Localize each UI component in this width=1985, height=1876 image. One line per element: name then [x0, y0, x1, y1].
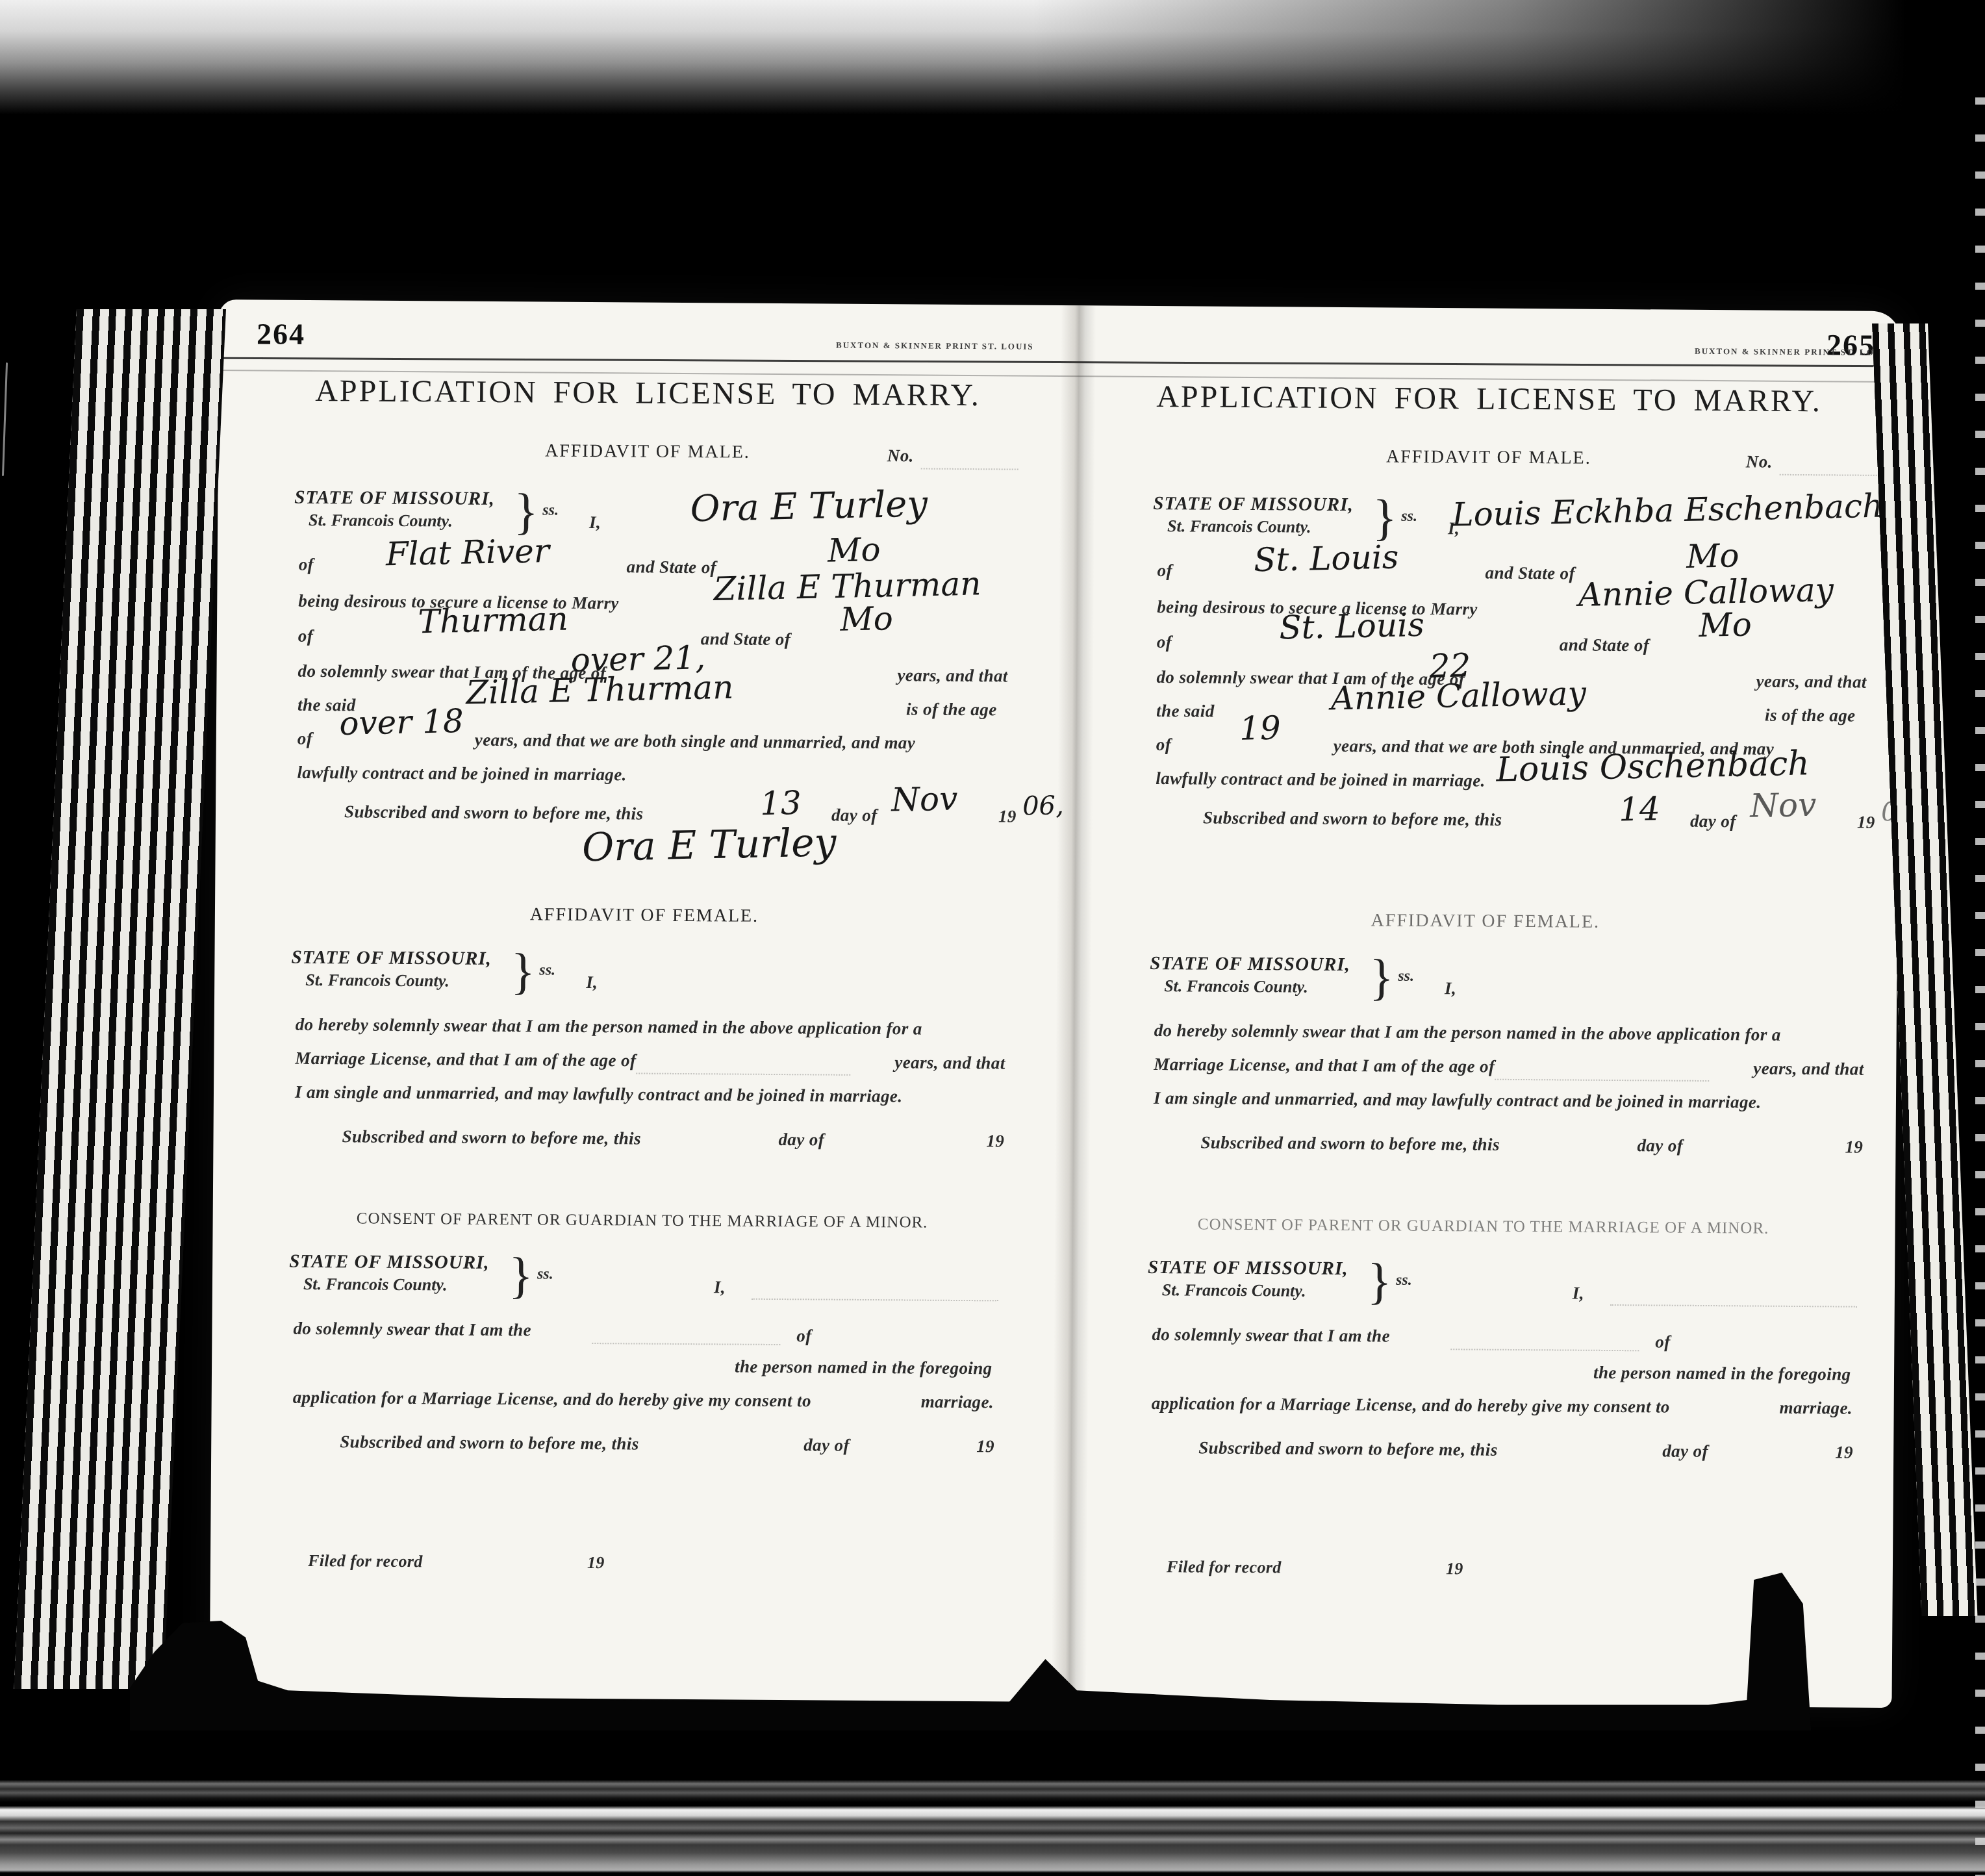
no-field-blank	[1780, 474, 1877, 476]
lawfully-contract-line: lawfully contract and be joined in marri…	[297, 763, 627, 785]
state-of-missouri-label: STATE OF MISSOURI,	[1150, 953, 1350, 976]
consent-oath-line: do solemnly swear that I am the	[1152, 1325, 1390, 1347]
handwritten-groom-residence: St. Louis	[1189, 537, 1463, 581]
consent-application-line: application for a Marriage License, and …	[293, 1388, 811, 1412]
day-of-label: day of	[803, 1435, 850, 1455]
handwritten-groom-residence: Flat River	[331, 531, 604, 574]
handwritten-bride-state: Mo	[1647, 605, 1804, 646]
film-scratch-mark	[2, 362, 8, 476]
state-county-block: STATE OF MISSOURI, St. Francois County. …	[1148, 1257, 1348, 1301]
microfilm-frame: 264 BUXTON & SKINNER PRINT ST. LOUIS APP…	[0, 0, 1985, 1876]
state-of-missouri-label: STATE OF MISSOURI,	[1148, 1257, 1348, 1280]
handwritten-sworn-day: 13	[760, 783, 826, 822]
day-of-label: day of	[1690, 811, 1736, 831]
brace-glyph: }	[511, 942, 535, 1000]
year-19-label: 19	[986, 1131, 1004, 1151]
ss-label: ss.	[537, 1265, 553, 1283]
i-label: I,	[589, 513, 601, 533]
marriage-label: marriage.	[1780, 1398, 1853, 1419]
consent-name-blank	[1610, 1304, 1857, 1308]
both-single-line: years, and that we are both single and u…	[475, 730, 916, 754]
affidavit-of-male-heading: AFFIDAVIT OF MALE.	[218, 438, 1077, 465]
film-glare-top	[0, 0, 1985, 116]
consent-relation-blank	[1450, 1349, 1639, 1351]
page-264: 264 BUXTON & SKINNER PRINT ST. LOUIS APP…	[210, 299, 1078, 1702]
no-label: No.	[887, 446, 914, 466]
form-title: APPLICATION FOR LICENSE TO MARRY.	[218, 372, 1077, 414]
state-of-missouri-label: STATE OF MISSOURI,	[291, 947, 492, 970]
female-age-blank	[1495, 1079, 1709, 1082]
ss-label: ss.	[1398, 968, 1414, 985]
handwritten-groom-name: Ora E Turley	[607, 481, 1011, 532]
film-edge-ticks	[1975, 97, 1985, 1876]
state-county-block: STATE OF MISSOURI, St. Francois County. …	[289, 1251, 490, 1295]
of-label: of	[297, 729, 313, 749]
of-label: of	[796, 1326, 812, 1346]
subscribed-sworn-line: Subscribed and sworn to before me, this	[1200, 1133, 1500, 1155]
female-single-line: I am single and unmarried, and may lawfu…	[295, 1082, 903, 1107]
page-edges-left	[14, 309, 226, 1689]
handwritten-groom-name: Louis Eckhba Eschenbach	[1440, 487, 1895, 534]
affidavit-of-female-heading: AFFIDAVIT OF FEMALE.	[215, 902, 1074, 929]
page-number: 264	[257, 316, 305, 351]
years-and-that-label: years, and that	[894, 1052, 1005, 1073]
handwritten-sworn-month: Nov	[1750, 785, 1861, 825]
county-label: St. Francois County.	[1162, 1280, 1348, 1301]
handwritten-bride-state: Mo	[789, 598, 945, 639]
ss-label: ss.	[1396, 1272, 1412, 1289]
filed-for-record-label: Filed for record	[308, 1551, 423, 1571]
subscribed-sworn-line: Subscribed and sworn to before me, this	[340, 1432, 639, 1454]
ss-label: ss.	[1401, 508, 1417, 526]
state-of-missouri-label: STATE OF MISSOURI,	[289, 1251, 490, 1274]
handwritten-signature: Louis Oschenbach	[1477, 744, 1828, 790]
is-of-the-age-label: is of the age	[1765, 705, 1856, 726]
subscribed-sworn-line: Subscribed and sworn to before me, this	[1203, 808, 1502, 830]
consent-oath-line: do solemnly swear that I am the	[293, 1319, 531, 1341]
years-and-that-label: years, and that	[1753, 1059, 1864, 1080]
filed-for-record-label: Filed for record	[1167, 1557, 1282, 1577]
county-label: St. Francois County.	[309, 511, 495, 531]
day-of-label: day of	[778, 1130, 824, 1150]
handwritten-bride-age: 19	[1172, 707, 1348, 749]
handwritten-bride-residence: Thurman	[337, 598, 650, 642]
subscribed-sworn-line: Subscribed and sworn to before me, this	[344, 802, 644, 824]
affidavit-of-male-heading: AFFIDAVIT OF MALE.	[1077, 444, 1901, 471]
record-book-spread: 264 BUXTON & SKINNER PRINT ST. LOUIS APP…	[210, 299, 1902, 1708]
handwritten-signature: Ora E Turley	[520, 818, 898, 872]
of-label: of	[1655, 1332, 1671, 1352]
county-label: St. Francois County.	[303, 1274, 490, 1295]
year-19-label: 19	[587, 1553, 605, 1573]
brace-glyph: }	[1369, 948, 1394, 1006]
consent-heading: CONSENT OF PARENT OR GUARDIAN TO THE MAR…	[213, 1209, 1072, 1233]
of-label: of	[1157, 561, 1173, 581]
handwritten-bride-residence: St. Louis	[1196, 604, 1508, 648]
day-of-label: day of	[1662, 1441, 1708, 1462]
page-265: 265 BUXTON & SKINNER PRINT ST. LOUIS APP…	[1068, 305, 1901, 1708]
handwritten-groom-state: Mo	[1634, 536, 1791, 577]
female-age-line: Marriage License, and that I am of the a…	[1154, 1054, 1495, 1077]
handwritten-bride-age: over 18	[313, 702, 489, 743]
ss-label: ss.	[542, 501, 559, 519]
of-label: of	[1156, 735, 1172, 755]
year-19-label: 19	[1845, 1137, 1863, 1157]
i-label: I,	[1445, 978, 1456, 998]
state-county-block: STATE OF MISSOURI, St. Francois County. …	[294, 487, 495, 531]
state-county-block: STATE OF MISSOURI, St. Francois County. …	[1153, 493, 1354, 537]
consent-heading: CONSENT OF PARENT OR GUARDIAN TO THE MAR…	[1072, 1215, 1895, 1239]
female-age-line: Marriage License, and that I am of the a…	[295, 1048, 636, 1071]
female-single-line: I am single and unmarried, and may lawfu…	[1154, 1088, 1762, 1113]
county-label: St. Francois County.	[1164, 976, 1350, 997]
year-19-label: 19	[976, 1436, 994, 1456]
year-19-label: 19	[1446, 1559, 1463, 1578]
i-label: I,	[586, 972, 598, 993]
printer-mark: BUXTON & SKINNER PRINT ST. LOUIS	[1695, 346, 1893, 358]
female-oath-line: do hereby solemnly swear that I am the p…	[1154, 1020, 1781, 1045]
brace-glyph: }	[509, 1246, 533, 1304]
form-title: APPLICATION FOR LICENSE TO MARRY.	[1077, 378, 1901, 420]
year-19-label: 19	[998, 806, 1017, 826]
consent-application-line: application for a Marriage License, and …	[1152, 1393, 1670, 1417]
state-of-missouri-label: STATE OF MISSOURI,	[1153, 493, 1354, 516]
printer-mark: BUXTON & SKINNER PRINT ST. LOUIS	[836, 340, 1034, 352]
film-bottom-streaks	[0, 1730, 1985, 1876]
is-of-the-age-label: is of the age	[906, 699, 997, 720]
day-of-label: day of	[1637, 1135, 1683, 1156]
female-age-blank	[636, 1072, 850, 1075]
i-label: I,	[714, 1277, 726, 1297]
subscribed-sworn-line: Subscribed and sworn to before me, this	[342, 1126, 641, 1148]
of-label: of	[1157, 632, 1172, 652]
consent-person-line: the person named in the foregoing	[735, 1357, 992, 1379]
handwritten-sworn-day: 14	[1619, 789, 1684, 828]
handwritten-sworn-month: Nov	[891, 779, 1002, 819]
lawfully-contract-line: lawfully contract and be joined in marri…	[1156, 768, 1486, 791]
no-field-blank	[921, 468, 1018, 470]
state-county-block: STATE OF MISSOURI, St. Francois County. …	[291, 947, 492, 991]
consent-relation-blank	[592, 1343, 780, 1345]
consent-name-blank	[752, 1299, 998, 1302]
consent-person-line: the person named in the foregoing	[1593, 1363, 1851, 1385]
state-of-missouri-label: STATE OF MISSOURI,	[294, 487, 495, 510]
year-19-label: 19	[1835, 1442, 1853, 1462]
female-oath-line: do hereby solemnly swear that I am the p…	[296, 1015, 922, 1039]
i-label: I,	[1573, 1284, 1584, 1304]
marriage-label: marriage.	[921, 1392, 994, 1413]
state-county-block: STATE OF MISSOURI, St. Francois County. …	[1150, 953, 1350, 997]
year-19-label: 19	[1857, 813, 1875, 833]
handwritten-groom-state: Mo	[776, 529, 932, 570]
of-label: of	[299, 555, 314, 575]
years-and-that-label: years, and that	[897, 665, 1007, 686]
no-label: No.	[1746, 451, 1773, 472]
affidavit-of-female-heading: AFFIDAVIT OF FEMALE.	[1074, 908, 1897, 935]
county-label: St. Francois County.	[305, 970, 492, 991]
subscribed-sworn-line: Subscribed and sworn to before me, this	[1198, 1438, 1498, 1460]
ss-label: ss.	[539, 961, 555, 979]
years-and-that-label: years, and that	[1756, 672, 1866, 692]
brace-glyph: }	[1367, 1252, 1392, 1310]
of-label: of	[298, 626, 314, 646]
county-label: St. Francois County.	[1167, 516, 1354, 537]
